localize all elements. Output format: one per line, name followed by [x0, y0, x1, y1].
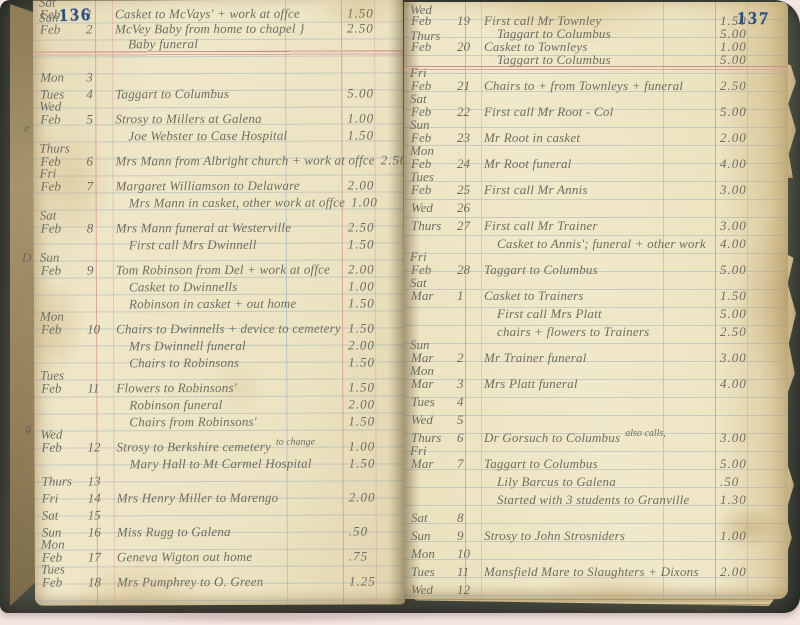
ledger-entry: FriFeb28Taggart to Columbus5.00 [404, 261, 788, 279]
entry-description: chairs + flowers to Trainers [484, 323, 714, 341]
entry-date-number: 19 [457, 14, 470, 28]
right-page-content: 137 WedFeb19First call Mr Townley1.50Tag… [404, 2, 788, 599]
entry-date-number: 26 [457, 199, 470, 217]
entry-date-number: 5 [86, 110, 93, 127]
entry-date-cell: Tues11 [404, 563, 484, 581]
entry-description: Mary Hall to Mt Carmel Hospital [117, 455, 343, 473]
entry-date-cell: Wed26 [404, 199, 484, 217]
entry-date-cell [404, 473, 484, 491]
entry-amount [714, 199, 788, 217]
entry-day-or-month: Tues [411, 563, 457, 581]
ledger-line: Tues4Taggart to Columbus5.00 [33, 84, 403, 102]
ledger-entry: Tues4 [404, 393, 788, 411]
entry-amount: 1.50 [714, 287, 788, 305]
ledger-entry: WedFeb5Strosy to Millers at Galena1.00Jo… [33, 109, 403, 144]
entry-amount: 2.00 [342, 395, 404, 412]
entry-description: Tom Robinson from Del + work at offce [116, 261, 342, 279]
ledger-entry: FriFeb21Chairs to + from Townleys + fune… [404, 77, 788, 95]
entry-amount: 5.00 [714, 103, 788, 121]
entry-amount: 5.00 [714, 261, 788, 279]
entry-amount: 2.50 [714, 323, 788, 341]
entry-note: to change [276, 437, 315, 448]
ledger-line: Mar3Mrs Platt funeral4.00 [404, 375, 788, 393]
ledger-line: Casket to Dwinnells1.00 [34, 277, 404, 295]
entry-date-cell [404, 305, 484, 323]
entry-amount: 1.00 [345, 193, 405, 210]
entry-date-cell [33, 36, 115, 51]
entry-day-or-month: Mon [40, 68, 86, 85]
entry-amount: 2.00 [714, 129, 788, 147]
entry-date-cell: Fri14 [35, 489, 117, 506]
entry-description: First call Mrs Platt [484, 305, 714, 323]
entry-day-or-month: Wed [411, 199, 457, 217]
entry-date-number: 4 [457, 393, 464, 411]
entry-description: Chairs from Robinsons' [116, 413, 342, 431]
entry-date-number: 5 [457, 411, 464, 429]
entry-description: First call Mr Root - Col [484, 103, 714, 121]
entry-day-label: Mon [41, 539, 65, 551]
entry-day-label: Sun [410, 119, 430, 131]
entry-day-label: Tues [41, 564, 65, 576]
entry-amount: 4.00 [714, 155, 788, 173]
ledger-line: Feb5Strosy to Millers at Galena1.00 [33, 109, 403, 127]
ledger-line: Feb21Chairs to + from Townleys + funeral… [404, 77, 788, 95]
entry-date-cell [35, 455, 117, 472]
entry-date-number: 17 [88, 548, 101, 565]
ledger-entry: FriMar7Taggart to Columbus5.00Lily Barcu… [404, 455, 788, 509]
entry-description: Margaret Williamson to Delaware [116, 177, 342, 195]
entry-description: Mrs Mann in casket, other work at offce [116, 194, 346, 212]
ledger-line: Mon10 [404, 545, 788, 563]
entry-note: also calls, [625, 428, 666, 439]
entry-amount: 1.50 [342, 235, 404, 252]
ledger-entry: Mon10 [404, 545, 788, 563]
ledger-entry: MonFeb24Mr Root funeral4.00 [404, 155, 788, 173]
ledger-line: Feb23Mr Root in casket2.00 [404, 129, 788, 147]
ledger-entry: MonFeb17Geneva Wigton out home.75 [35, 547, 405, 565]
ledger-line: Robinson funeral2.00 [34, 395, 404, 413]
ledger-entry: ThursFeb20Casket to Townleys1.00Taggart … [404, 40, 788, 66]
ledger-line: Tues4 [404, 393, 788, 411]
ledger-line: Sat8 [404, 509, 788, 527]
entry-day-label: Fri [410, 445, 427, 457]
entry-date-number: 10 [457, 545, 470, 563]
ledger-line: Robinson in casket + out home1.50 [34, 294, 404, 312]
entry-amount: 1.30 [714, 491, 788, 509]
entry-date-number: 1 [457, 287, 464, 305]
entry-date-number: 7 [87, 177, 94, 194]
ledger-line: Sat15 [35, 505, 405, 523]
entry-date-number: 27 [457, 217, 470, 235]
entry-amount [343, 505, 405, 522]
entry-date-number: 10 [87, 320, 100, 337]
entry-amount: 2.50 [375, 151, 405, 168]
ledger-entry: TuesFeb11Flowers to Robinsons'1.50Robins… [34, 378, 404, 430]
entry-day-label: Fri [410, 251, 427, 263]
entry-date-cell: Sun9 [404, 527, 484, 545]
ledger-entry: Wed12 [404, 581, 788, 599]
entry-amount [341, 35, 403, 50]
entry-description: Taggart to Columbus [484, 261, 714, 279]
ledger-line: Sun9Strosy to John Strosniders1.00 [404, 527, 788, 545]
ledger-line: First call Mrs Platt5.00 [404, 305, 788, 323]
entry-day-or-month: Wed [411, 411, 457, 429]
entry-date-number: 8 [457, 509, 464, 527]
entry-description: Strosy to Millers at Galena [115, 110, 341, 128]
ledger-line: First call Mrs Dwinnell1.50 [34, 235, 404, 253]
ledger-line: Feb7Margaret Williamson to Delaware2.00 [34, 176, 404, 194]
entry-amount: 2.00 [342, 336, 404, 353]
ledger-line: Started with 3 students to Granville1.30 [404, 491, 788, 509]
entry-date-number: 3 [86, 68, 93, 85]
ledger-line: Feb9Tom Robinson from Del + work at offc… [34, 260, 404, 278]
entry-amount: 3.00 [714, 429, 788, 449]
entry-description [484, 199, 714, 217]
entry-date-cell: Sat15 [35, 506, 117, 523]
ledger-entry: SatMar1Casket to Trainers1.50First call … [404, 287, 788, 341]
ledger-line: chairs + flowers to Trainers2.50 [404, 323, 788, 341]
ledger-line: Feb12Strosy to Berkshire cemeteryto chan… [34, 437, 404, 455]
ledger-line: Mar1Casket to Trainers1.50 [404, 287, 788, 305]
entry-amount: 5.00 [341, 84, 403, 101]
entry-amount: 1.50 [343, 454, 405, 471]
entry-date-number: 9 [457, 527, 464, 545]
entry-description: Mrs Mann funeral at Westerville [116, 219, 342, 237]
entry-amount: 5.00 [714, 455, 788, 473]
entry-date-number: 4 [86, 85, 93, 102]
ledger-entry: Thurs13 [35, 471, 405, 489]
ledger-entry: MonMar3Mrs Platt funeral4.00 [404, 375, 788, 393]
entry-date-cell: Tues4 [404, 393, 484, 411]
entry-amount: 1.50 [342, 412, 404, 429]
entry-date-cell: Thurs27 [404, 217, 484, 235]
entry-amount: 2.00 [343, 488, 405, 505]
ledger-entry: SunFeb9Tom Robinson from Del + work at o… [34, 260, 404, 312]
entry-amount: 1.50 [342, 294, 404, 311]
entry-description: Lily Barcus to Galena [484, 473, 714, 491]
ledger-entry: WedFeb12Strosy to Berkshire cemeteryto c… [34, 437, 404, 472]
right-header-entries: WedFeb19First call Mr Townley1.50Taggart… [404, 2, 788, 66]
entry-description: Joe Webster to Case Hospital [115, 127, 341, 145]
entry-description: First call Mr Annis [484, 181, 714, 199]
entry-date-number: 7 [457, 455, 464, 473]
entry-description: First call Mr Trainer [484, 217, 714, 235]
entry-description: Miss Rugg to Galena [117, 523, 343, 541]
entry-description [484, 545, 714, 563]
entry-amount: 1.50 [342, 378, 404, 395]
entry-description [115, 68, 341, 86]
entry-description: Robinson in casket + out home [116, 295, 342, 313]
bottom-smudge [60, 612, 560, 625]
entry-description: Started with 3 students to Granville [484, 491, 714, 509]
entry-day-label: Sun [410, 339, 430, 351]
entry-amount: 2.00 [342, 260, 404, 277]
entry-description: Mrs Platt funeral [484, 375, 714, 393]
entry-amount: 4.00 [714, 235, 788, 253]
ledger-entry: Sun16Miss Rugg to Galena.50 [35, 522, 405, 540]
entry-date-number: 20 [457, 40, 470, 54]
entry-amount: 2.50 [342, 218, 404, 235]
ledger-entry: WedFeb19First call Mr Townley1.50Taggart… [404, 14, 788, 40]
entry-date-cell: Mon3 [33, 68, 115, 85]
entry-amount: 1.00 [714, 527, 788, 545]
entry-description: Mansfield Mare to Slaughters + Dixons [484, 563, 714, 581]
entry-date-number: 3 [457, 375, 464, 393]
entry-description: Mrs Pumphrey to O. Green [117, 573, 343, 591]
entry-amount [714, 545, 788, 563]
ledger-line: Wed12 [404, 581, 788, 599]
entry-description: Geneva Wigton out home [117, 548, 343, 566]
entry-amount [714, 509, 788, 527]
entry-description [117, 506, 343, 524]
entry-amount: 5.00 [714, 53, 788, 67]
entry-date-number: 28 [457, 261, 470, 279]
entry-day-or-month: Sat [411, 509, 457, 527]
ledger-line: Feb24Mr Root funeral4.00 [404, 155, 788, 173]
ledger-line: Thurs13 [35, 471, 405, 489]
entry-amount [343, 471, 405, 488]
ledger-line: Feb11Flowers to Robinsons'1.50 [34, 378, 404, 396]
ledger-line: Thurs6Dr Gorsuch to Columbusalso calls,3… [404, 429, 788, 447]
ledger-entry: Tues4Taggart to Columbus5.00 [33, 84, 403, 102]
entry-amount: 2.00 [342, 176, 404, 193]
entry-date-number: 22 [457, 103, 470, 121]
ledger-entry: TuesFeb25First call Mr Annis3.00 [404, 181, 788, 199]
entry-day-label: Sun [40, 252, 60, 264]
entry-description: Chairs to Dwinnells + device to cemetery [116, 320, 342, 338]
ledger-line: Joe Webster to Case Hospital1.50 [33, 126, 403, 144]
entry-date-number: 9 [87, 261, 94, 278]
ledger-entry: Fri14Mrs Henry Miller to Marengo2.00 [35, 488, 405, 506]
entry-description [117, 472, 343, 490]
ledger-entry: Sat8 [404, 509, 788, 527]
entry-amount [714, 411, 788, 429]
entry-date-number: 18 [88, 573, 101, 590]
entry-amount: 2.50 [714, 77, 788, 95]
entry-date-number: 24 [457, 155, 470, 173]
ledger-line: Taggart to Columbus5.00 [404, 53, 788, 66]
entry-amount [341, 67, 403, 84]
entry-date-cell [34, 337, 116, 354]
ledger-line: Wed5 [404, 411, 788, 429]
entry-day-or-month: Sun [411, 527, 457, 545]
entry-description [484, 411, 714, 429]
entry-description: Flowers to Robinsons' [116, 379, 342, 397]
entry-date-number: 16 [88, 523, 101, 540]
ledger-line: Lily Barcus to Galena.50 [404, 473, 788, 491]
entry-date-cell: Wed12 [404, 581, 484, 599]
ledger-right-page: 137 WedFeb19First call Mr Townley1.50Tag… [404, 2, 788, 599]
entry-day-label: Sat [410, 93, 427, 105]
entry-date-number: 6 [457, 429, 464, 449]
entry-day-label: Sat [39, 0, 56, 9]
ledger-line: Mon3 [33, 67, 403, 85]
ledger-line: Feb6Mrs Mann from Albright church + work… [33, 151, 403, 169]
entry-date-cell [404, 491, 484, 509]
ledger-entry: SatFeb8Mrs Mann funeral at Westerville2.… [34, 218, 404, 253]
ledger-photo: e D g 136 SatFeb1Casket to McVays' + wor… [0, 0, 800, 625]
entry-description [484, 509, 714, 527]
ledger-line: Sun16Miss Rugg to Galena.50 [35, 522, 405, 540]
ledger-left-page: 136 SatFeb1Casket to McVays' + work at o… [33, 0, 405, 606]
entry-description: Strosy to John Strosniders [484, 527, 714, 545]
ledger-line: Mar2Mr Trainer funeral3.00 [404, 349, 788, 367]
entry-description: Casket to Annis'; funeral + other work [484, 235, 714, 253]
ledger-line: Fri14Mrs Henry Miller to Marengo2.00 [35, 488, 405, 506]
entry-description: First call Mrs Dwinnell [116, 236, 342, 254]
ledger-entry: FriFeb7Margaret Williamson to Delaware2.… [34, 176, 404, 211]
entry-date-number: 14 [88, 489, 101, 506]
entry-amount [714, 393, 788, 411]
entry-amount: 3.00 [714, 349, 788, 367]
entry-amount [714, 581, 788, 599]
entry-description: Mr Root in casket [484, 129, 714, 147]
entry-day-label: Wed [410, 4, 432, 16]
entry-day-or-month: Fri [42, 489, 88, 506]
ledger-line: Mary Hall to Mt Carmel Hospital1.50 [35, 454, 405, 472]
entry-description: Mr Root funeral [484, 155, 714, 173]
entry-amount: 1.50 [342, 319, 404, 336]
entry-date-cell [34, 396, 116, 413]
entry-amount: 1.50 [342, 353, 404, 370]
ledger-entry: Mon3 [33, 67, 403, 85]
ledger-line: Feb28Taggart to Columbus5.00 [404, 261, 788, 279]
ledger-line: Feb8Mrs Mann funeral at Westerville2.50 [34, 218, 404, 236]
ledger-line: Chairs from Robinsons'1.50 [34, 412, 404, 430]
ledger-line: Wed26 [404, 199, 788, 217]
entry-description: Taggart to Columbus [484, 455, 714, 473]
ledger-entry: SatFeb22First call Mr Root - Col5.00 [404, 103, 788, 121]
entry-date-number: 12 [457, 581, 470, 599]
entry-description: Casket to Trainers [484, 287, 714, 305]
entry-description: Taggart to Columbus [115, 85, 341, 103]
entry-description: Baby funeral [115, 36, 341, 52]
entry-day-label: Fri [410, 67, 427, 79]
entry-day-label: Fri [40, 168, 57, 180]
entry-description: Mrs Henry Miller to Marengo [117, 489, 343, 507]
entry-date-number: 11 [457, 563, 469, 581]
entry-amount: 1.00 [341, 109, 403, 126]
entry-day-label: Thurs [39, 143, 69, 155]
right-main-entries: FriFeb21Chairs to + from Townleys + fune… [404, 77, 788, 599]
left-main-entries: Mon3Tues4Taggart to Columbus5.00WedFeb5S… [33, 67, 405, 590]
entry-description: Dr Gorsuch to Columbusalso calls, [484, 429, 714, 449]
entry-date-number: 13 [88, 472, 101, 489]
entry-description: Chairs to + from Townleys + funeral [484, 77, 714, 95]
ledger-entry: Sat15 [35, 505, 405, 523]
entry-day-label: Sat [40, 210, 57, 222]
entry-date-number: 11 [87, 379, 99, 396]
entry-date-number: 21 [457, 77, 470, 95]
ledger-line: Mrs Mann in casket, other work at offce1… [34, 193, 404, 211]
entry-day-label: Tues [410, 171, 434, 183]
entry-date-cell: Thurs13 [35, 472, 117, 489]
entry-description: Casket to McVays' + work at offce [115, 6, 341, 22]
entry-description [484, 393, 714, 411]
ledger-entry: Wed26 [404, 199, 788, 217]
ledger-line: Feb22First call Mr Root - Col5.00 [404, 103, 788, 121]
entry-date-number: 8 [87, 219, 94, 236]
entry-description: Robinson funeral [116, 396, 342, 414]
entry-date-number: 25 [457, 181, 470, 199]
entry-amount: 5.00 [714, 305, 788, 323]
left-page-content: 136 SatFeb1Casket to McVays' + work at o… [33, 0, 405, 606]
ledger-line: Casket to Annis'; funeral + other work4.… [404, 235, 788, 253]
entry-date-number: 2 [457, 349, 464, 367]
entry-description: Casket to Dwinnells [116, 278, 342, 296]
entry-description: Mrs Dwinnell funeral [116, 337, 342, 355]
entry-amount: 2.00 [714, 563, 788, 581]
entry-date-cell: Mon10 [404, 545, 484, 563]
ledger-line: Mar7Taggart to Columbus5.00 [404, 455, 788, 473]
ledger-entry: Wed5 [404, 411, 788, 429]
entry-day-label: Mon [410, 145, 434, 157]
entry-amount: .50 [714, 473, 788, 491]
entry-amount: 3.00 [714, 217, 788, 235]
ledger-line: Feb25First call Mr Annis3.00 [404, 181, 788, 199]
ledger-entry: Sun9Strosy to John Strosniders1.00 [404, 527, 788, 545]
entry-day-label: Mon [410, 365, 434, 377]
ledger-line: Chairs to Robinsons1.50 [34, 353, 404, 371]
entry-description: McVey Baby from home to chapel } [115, 21, 341, 37]
entry-day-label: Tues [40, 370, 64, 382]
entry-description: Chairs to Robinsons [116, 354, 342, 372]
entry-amount: 1.50 [341, 5, 403, 20]
entry-day-label: Mon [40, 311, 64, 323]
entry-day-label: Wed [40, 429, 62, 441]
ledger-line: Baby funeral [33, 35, 403, 51]
entry-amount: 4.00 [714, 375, 788, 393]
entry-date-number: 6 [86, 152, 93, 169]
entry-description: Mrs Mann from Albright church + work at … [115, 151, 374, 169]
ledger-entry: Thurs6Dr Gorsuch to Columbusalso calls,3… [404, 429, 788, 447]
entry-day-or-month: Wed [411, 581, 457, 599]
entry-day-or-month: Sat [42, 506, 88, 523]
entry-day-label: Sat [410, 277, 427, 289]
entry-description: Mr Trainer funeral [484, 349, 714, 367]
entry-date-cell [34, 278, 116, 295]
ledger-entry: SunMar2Mr Trainer funeral3.00 [404, 349, 788, 367]
entry-description [484, 581, 714, 599]
entry-date-cell: Wed5 [404, 411, 484, 429]
ledger-entry: MonFeb10Chairs to Dwinnells + device to … [34, 319, 404, 371]
entry-amount: 2.50 [341, 20, 403, 35]
entry-day-label: Thurs [410, 30, 440, 42]
page-number-stamp: 137 [737, 8, 770, 30]
ledger-line: Feb17Geneva Wigton out home.75 [35, 547, 405, 565]
ledger-entry: Tues11Mansfield Mare to Slaughters + Dix… [404, 563, 788, 581]
ledger-line: Thurs27First call Mr Trainer3.00 [404, 217, 788, 235]
ledger-entry: ThursFeb6Mrs Mann from Albright church +… [33, 151, 403, 169]
ledger-entry: SunFeb23Mr Root in casket2.00 [404, 129, 788, 147]
entry-day-label: Wed [39, 101, 61, 113]
entry-amount: .75 [343, 547, 405, 564]
entry-day-or-month: Tues [411, 393, 457, 411]
entry-amount: 1.00 [342, 277, 404, 294]
entry-date-number: 15 [88, 506, 101, 523]
page-number-stamp: 136 [59, 4, 93, 26]
entry-amount: .50 [343, 522, 405, 539]
entry-amount: 1.25 [343, 572, 405, 589]
ledger-line: Tues11Mansfield Mare to Slaughters + Dix… [404, 563, 788, 581]
ledger-entry: Thurs27First call Mr Trainer3.00Casket t… [404, 217, 788, 253]
entry-day-or-month: Thurs [42, 472, 88, 489]
ledger-line: Feb10Chairs to Dwinnells + device to cem… [34, 319, 404, 337]
entry-amount: 1.50 [341, 126, 403, 143]
ledger-entry: TuesFeb18Mrs Pumphrey to O. Green1.25 [35, 572, 405, 590]
entry-date-number: 23 [457, 129, 470, 147]
ledger-line: Mrs Dwinnell funeral2.00 [34, 336, 404, 354]
